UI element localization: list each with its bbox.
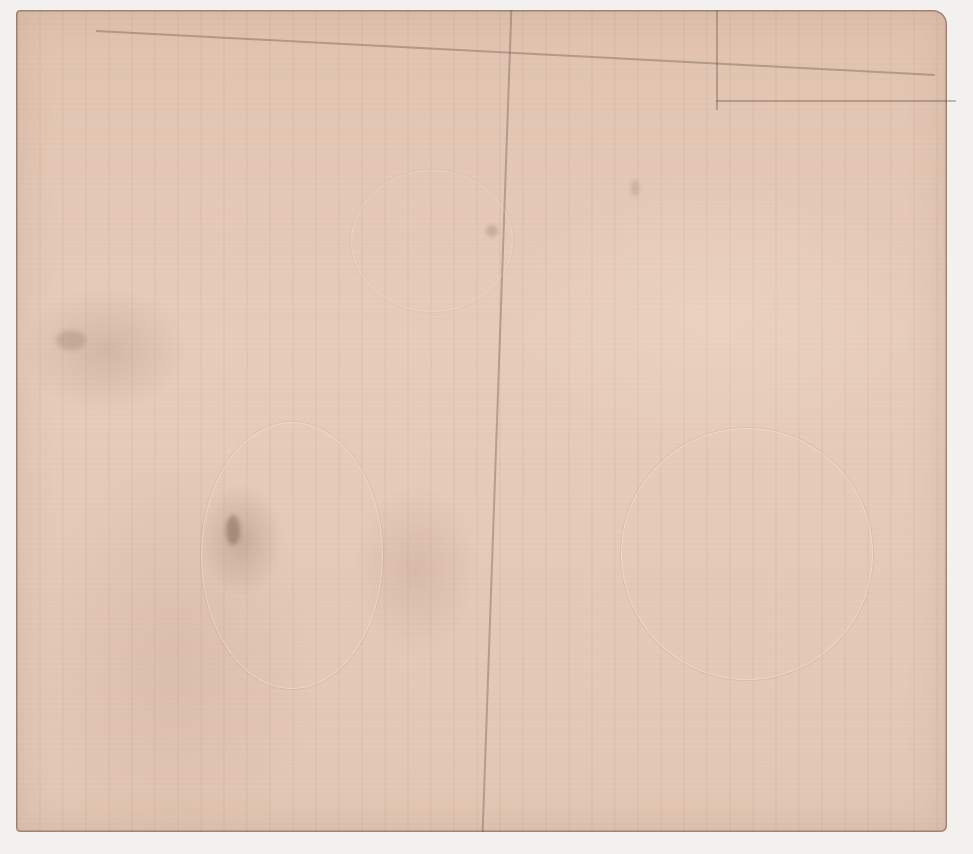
embossed-circle-left <box>201 422 383 689</box>
vertical-fold-line <box>482 10 513 832</box>
embossed-mark-top <box>351 170 513 312</box>
stain <box>486 225 498 237</box>
corner-fold-line-horizontal <box>716 100 956 102</box>
paper-note <box>16 10 947 832</box>
embossed-circle-right <box>621 428 873 680</box>
corner-fold-line <box>716 10 718 110</box>
stain <box>56 330 86 350</box>
horizontal-fold-line <box>96 30 935 76</box>
stain <box>631 180 639 196</box>
stain <box>226 515 240 545</box>
